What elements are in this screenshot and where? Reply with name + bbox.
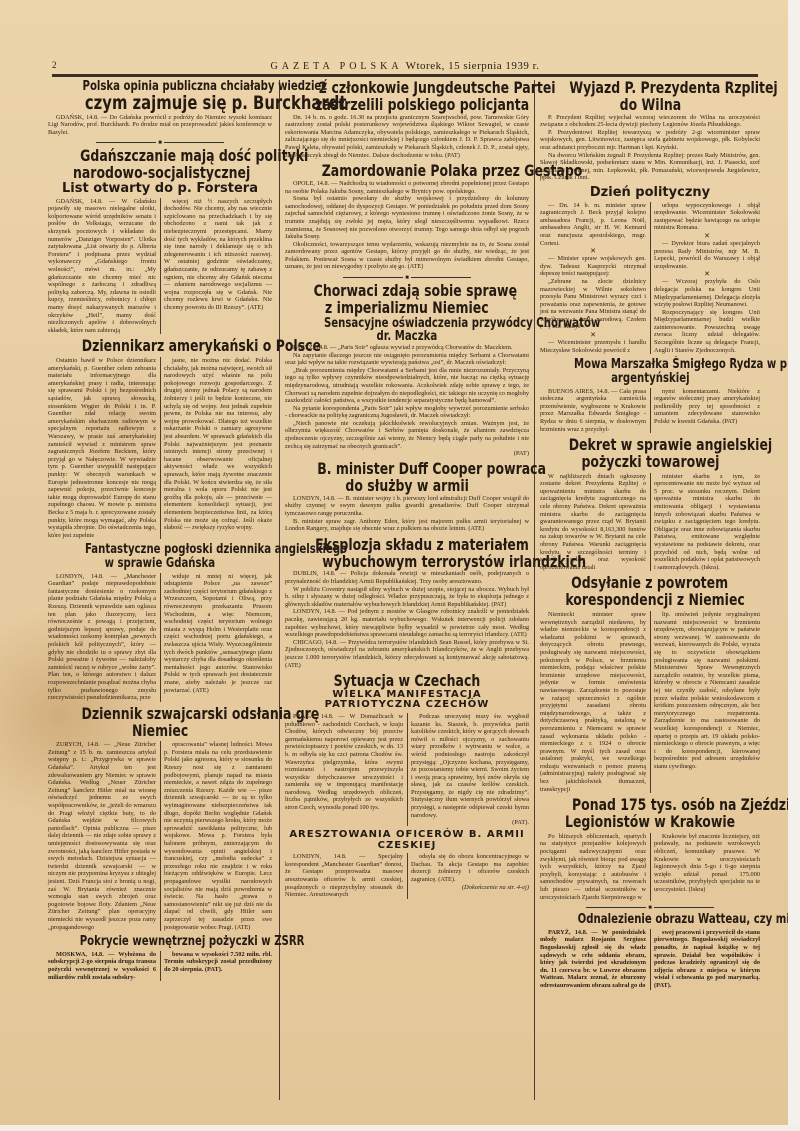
article-body: PRAGA, 14.8. — W Domażlicach w południow…: [285, 713, 403, 812]
article-body: „Niech panowie nie oczekują jakichkolwie…: [285, 420, 529, 450]
article-wyjazd-prezydenta: Wyjazd P. Prezydenta Rzplitej do Wilna P…: [540, 80, 760, 182]
article-jungdeutsche: 2 członkowie Jungdeutsche Partei zastrze…: [285, 80, 529, 159]
article-fantastyczne: Fantastyczne pogłoski dziennika angielsk…: [48, 543, 272, 701]
subheadline: WIELKA MANIFESTACJA PATRIOTYCZNA CZECHÓW: [285, 690, 529, 711]
column-center: 2 członkowie Jungdeutsche Partei zastrze…: [285, 80, 529, 903]
article-body: opracowania” własnej ludności. Mowa p. F…: [164, 741, 272, 931]
article-body: GDAŃSK, 14.8. — Do Gdańska powrócił z po…: [48, 114, 272, 137]
article-zjazd-legionistow: Ponad 175 tys. osób na Zjeździe Legionis…: [540, 797, 760, 901]
headline: pożyczki towarowej: [581, 454, 719, 471]
article-body: więcej niż ½ naszych szczupłych dochodów…: [164, 198, 272, 312]
item-divider: ✕: [540, 247, 646, 255]
article-gestapo: Zamordowanie Polaka przez Gestapo OPOLE,…: [285, 163, 529, 271]
article-body: urlopu wypoczynkowego i objął urzędowani…: [654, 202, 760, 232]
subheadline: List otwarty do p. Forstera: [48, 182, 272, 196]
article-body: LONDYN, 14.8. — B. minister wojny i b. p…: [285, 495, 529, 518]
article-body: ZURYCH, 14.8. — „Neue Züricher Zeitung” …: [48, 741, 156, 931]
article-body: jasne, nie można nic dodać. Polska chcia…: [164, 357, 272, 532]
article-dziennik-szwajcarski: Dziennik szwajcarski odsłania grę Niemie…: [48, 706, 272, 931]
article-dziennikarz: Dziennikarz amerykański o Polsce Ostatni…: [48, 338, 272, 539]
headline: w sprawie Gdańska: [105, 557, 216, 571]
article-eksplozja: Eksplozja składu z materiałem wybuchowym…: [285, 537, 529, 669]
article-body: Krakowie był znacznie liczniejszy, niż p…: [654, 833, 760, 894]
headline: zastrzelili polskiego policjanta: [315, 97, 529, 114]
issue-date: Wtorek, 15 sierpnia 1939 r.: [406, 60, 540, 72]
article-body: LONDYN, 14.8. — „Manchester Guardian” po…: [48, 573, 156, 702]
article-duff-cooper: B. minister Duff Cooper powraca do służb…: [285, 461, 529, 533]
article-body: PARYŻ, 14.8. — W poniedziałek młody mala…: [540, 929, 646, 990]
item-divider: ✕: [540, 331, 646, 339]
article-burckhardt: Polska opinia publiczna chciałaby wiedzi…: [48, 80, 272, 136]
column-right: Wyjazd P. Prezydenta Rzplitej do Wilna P…: [540, 80, 760, 994]
article-body: Podczas uroczystej mszy św. wygłosił kaz…: [411, 713, 529, 819]
article-body: Niemiecki minister spraw wewnętrznych za…: [540, 611, 646, 793]
headline: Sytuacja w Czechach: [334, 673, 481, 690]
headline: Dziennik szwajcarski odsłania grę: [82, 706, 320, 723]
article-body: LONDYN, 14.8. — Pod jednym z mostów w Gl…: [285, 608, 529, 638]
headline: z imperializmu Niemiec: [325, 300, 489, 317]
article-dzien-polityczny: Dzień polityczny — Dn. 14 b. m. minister…: [540, 186, 760, 354]
headline: do służby w armii: [345, 478, 468, 495]
headline: korespondencji z Niemiec: [565, 592, 744, 609]
article-body: LONDYN, 14.8. — Specjalny korespondent „…: [285, 853, 403, 899]
article-body: minister skarbu z tym, że oprocentowanie…: [654, 473, 760, 572]
article-body: Rozpoczynający się kongres Unii Międzypa…: [654, 309, 760, 355]
article-dekret: Dekret w sprawie angielskiej pożyczki to…: [540, 437, 760, 571]
article-body: GDAŃSK, 14.8. — W Gdańsku pojawiły się m…: [48, 198, 156, 335]
article-body: odsyła się do obozu koncentracyjnego w D…: [411, 853, 529, 883]
column-left: Polska opinia publiczna chciałaby wiedzi…: [48, 80, 272, 985]
headline: narodowo-socjalistycznej: [73, 165, 250, 182]
article-body: MOSKWA, 14.8. — Wyłożona do subskrypcji …: [48, 951, 156, 981]
article-body: Dn. 14 b. m. o godz. 16.30 na przejściu …: [285, 114, 529, 160]
article-body: DUBLIN, 14.8. — Policja dokonała rewizji…: [285, 570, 529, 585]
article-body: swej pracowni i przywrócił do stanu pier…: [654, 929, 760, 990]
headline: argentyńskiej: [611, 372, 689, 386]
article-body: Ostatnio bawił w Polsce dziennikarz amer…: [48, 357, 156, 539]
headline: Niemiec: [132, 723, 188, 740]
page-edge: [0, 1125, 800, 1131]
article-body: — Dyrektor biura zadań specjalnych preze…: [654, 240, 760, 270]
source-tag: (PAT): [285, 450, 529, 457]
source-tag: (PAT).: [411, 819, 529, 826]
item-divider: ✕: [654, 270, 760, 278]
headline: Mowa Marszałka Śmigłego Rydza w prasie: [574, 358, 800, 372]
article-body: Na dworcu Wileńskim żegnali P. Prezydent…: [540, 152, 760, 182]
divider: ■: [540, 905, 760, 911]
article-body: „Brak porozumienia między Chorwatami a S…: [285, 367, 529, 405]
article-gdanszczanie: Gdańszczanie mają dość polityki narodowo…: [48, 148, 272, 334]
headline: Odnalezienie obrazu Watteau, czy mistyfi…: [578, 913, 800, 927]
article-watteau: Odnalezienie obrazu Watteau, czy mistyfi…: [540, 913, 760, 989]
article-odsylanie: Odsyłanie z powrotem korespondencji z Ni…: [540, 575, 760, 793]
headline: Legionistów w Krakowie: [565, 814, 735, 831]
article-body: — Dn. 14 b. m. minister spraw zagraniczn…: [540, 202, 646, 248]
article-body: B. minister spraw zagr. Anthony Eden, kt…: [285, 518, 529, 533]
article-body: Sosna był ostatnio powołany do służby wo…: [285, 195, 529, 241]
torn-edge: [788, 0, 800, 1131]
article-body: — Wczoraj przybyła do Oslo delegacja pol…: [654, 278, 760, 308]
article-body: P. Prezydentowi Rzplitej towarzyszą w po…: [540, 129, 760, 152]
article-czechy: Sytuacja w Czechach WIELKA MANIFESTACJA …: [285, 673, 529, 826]
article-body: Na zapytanie dlaczego jeszcze nie osiągn…: [285, 352, 529, 367]
headline: Dzień polityczny: [540, 186, 760, 200]
article-body: — Wiceminister przemysłu i handlu Mieczy…: [540, 339, 646, 354]
article-aresztowania: ARESZTOWANIA OFICERÓW B. ARMII CZESKIEJ …: [285, 830, 529, 899]
article-body: BUENOS AIRES, 14.8. — Cała prasa stołecz…: [540, 388, 646, 434]
masthead: 2 GAZETA POLSKA Wtorek, 15 sierpnia 1939…: [52, 58, 758, 77]
article-body: CHICAGO, 14.8. — Przywódca terrorystów i…: [285, 639, 529, 669]
article-body: Okoliczności, towarzyszące temu wydarzen…: [285, 241, 529, 271]
article-body: P. Prezydent Rzplitej wyjechał wczoraj w…: [540, 114, 760, 129]
article-body: nymi komentarzami. Niektóre z organów st…: [654, 388, 760, 426]
subheadline: dr. Maczka: [377, 330, 438, 344]
newspaper-page: 2 GAZETA POLSKA Wtorek, 15 sierpnia 1939…: [0, 0, 790, 1131]
article-pozyczka-zsrr: Pokrycie wewnętrznej pożyczki w ZSRR MOS…: [48, 935, 272, 981]
article-body: PARYŻ, 14.8. — „Paris Soir” ogłasza wywi…: [285, 344, 529, 352]
article-body: — Minister spraw wojskowych gen. dyw. Ta…: [540, 255, 646, 278]
article-chorwaci: Chorwaci zdają sobie sprawę z imperializ…: [285, 283, 529, 457]
item-divider: ✕: [654, 232, 760, 240]
article-body: lip. omówień jedynie oryginalnymi nazwam…: [654, 611, 760, 770]
article-body: Na pytanie korespondenta „Paris Soir” ja…: [285, 405, 529, 420]
headline: Pokrycie wewnętrznej pożyczki w ZSRR: [80, 935, 305, 949]
headline: do Wilna: [619, 97, 680, 114]
article-body: bowana w wysokości 7.502 miln. rbl. Term…: [164, 951, 272, 974]
article-body: OPOLE, 14.8. — Nadchodzą tu wiadomości o…: [285, 180, 529, 195]
article-body: „Zebrane na zlocie dzielnicy mazowieckie…: [540, 278, 646, 331]
article-body: W najbliższych dniach ogłoszony zostanie…: [540, 473, 646, 572]
article-body: Po bliższych obliczeniach, opartych na s…: [540, 833, 646, 901]
newspaper-name: GAZETA POLSKA: [271, 61, 403, 72]
article-mowa-marszalka: Mowa Marszałka Śmigłego Rydza w prasie a…: [540, 358, 760, 433]
continuation-note: (Dokończenie na str. 4-ej): [411, 884, 529, 891]
headline: ARESZTOWANIA OFICERÓW B. ARMII CZESKIEJ: [285, 830, 529, 851]
article-body: W pobliżu Coventry nastąpił silny wybuch…: [285, 586, 529, 609]
article-body: widuje ni mniej ni więcej, jak odstąpien…: [164, 573, 272, 695]
column-rule: [534, 80, 535, 1100]
